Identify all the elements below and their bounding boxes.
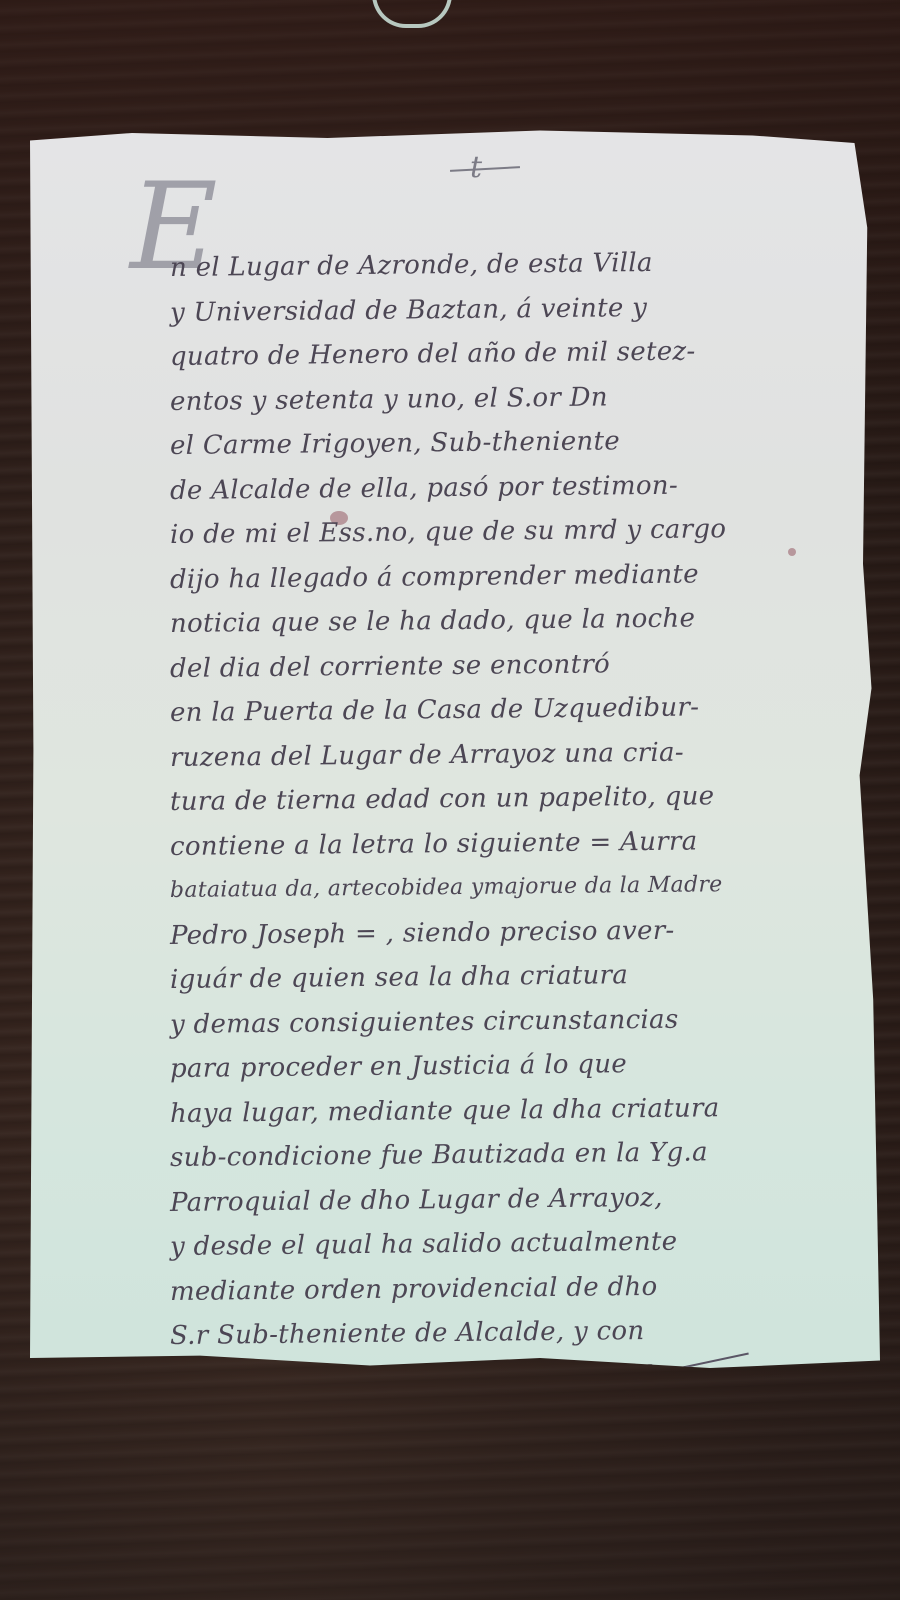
manuscript-line: io de mi el Ess.no, que de su mrd y carg…	[170, 506, 830, 557]
manuscript-line: iguár de quien sea la dha criatura	[170, 951, 830, 1002]
manuscript-line: S.r Sub-theniente de Alcalde, y con	[170, 1307, 830, 1358]
manuscript-line: n el Lugar de Azronde, de esta Villa	[170, 239, 830, 290]
manuscript-line: del dia del corriente se encontró	[170, 640, 830, 691]
manuscript-line: ruzena del Lugar de Arrayoz una cria-	[170, 729, 830, 780]
manuscript-line: noticia que se le ha dado, que la noche	[170, 595, 830, 646]
manuscript-line: entos y setenta y uno, el S.or Dn	[170, 373, 830, 424]
manuscript-line: Parroquial de dho Lugar de Arrayoz,	[170, 1174, 830, 1225]
manuscript-line: y demas consiguientes circunstancias	[170, 996, 830, 1047]
manuscript-line: dijo ha llegado á comprender mediante	[170, 551, 830, 602]
manuscript-text: n el Lugar de Azronde, de esta Villa y U…	[170, 246, 830, 1492]
manuscript-line: de Alcalde de ella, pasó por testimon-	[170, 462, 830, 513]
manuscript-line: mediante orden providencial de dho	[170, 1263, 830, 1314]
manuscript-line: bataiatua da, artecobidea ymajorue da la…	[170, 862, 830, 913]
manuscript-line: el Carme Irigoyen, Sub-theniente	[170, 417, 830, 468]
manuscript-line: haya lugar, mediante que la dha criatura	[170, 1085, 830, 1136]
manuscript-line: y desde el qual ha salido actualmente	[170, 1218, 830, 1269]
manuscript-line: tura de tierna edad con un papelito, que	[170, 773, 830, 824]
manuscript-line: en la Puerta de la Casa de Uzquedibur-	[170, 684, 830, 735]
manuscript-line: contiene a la letra lo siguiente = Aurra	[170, 818, 830, 869]
manuscript-line: sub-condicione fue Bautizada en la Yg.a	[170, 1129, 830, 1180]
manuscript-line: y Universidad de Baztan, á veinte y	[170, 284, 830, 335]
manuscript-line: Pedro Joseph = , siendo preciso aver-	[170, 907, 830, 958]
page-number-mark: t	[470, 150, 482, 185]
manuscript-page: t E n el Lugar de Azronde, de esta Villa…	[30, 128, 880, 1373]
manuscript-line: quatro de Henero del año de mil setez-	[170, 328, 830, 379]
manuscript-line: para proceder en Justicia á lo que	[170, 1040, 830, 1091]
